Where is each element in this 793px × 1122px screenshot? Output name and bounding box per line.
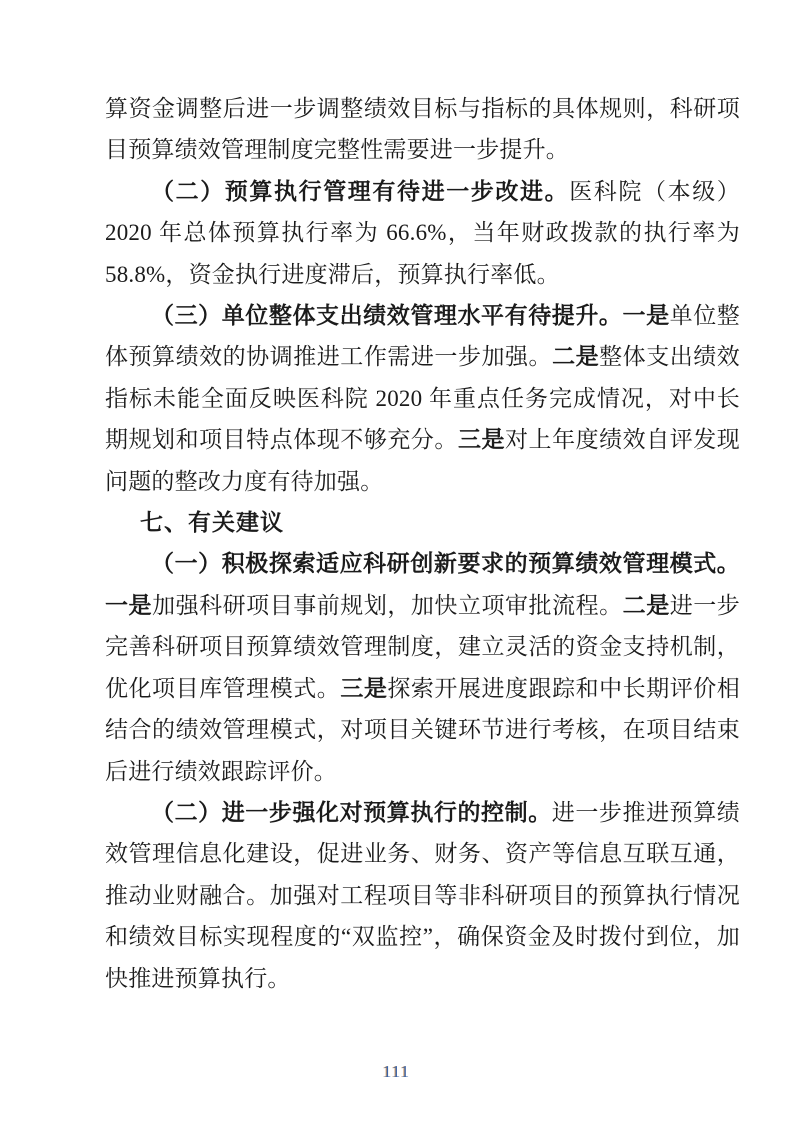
recommendations-heading: 七、有关建议	[105, 502, 740, 543]
bold-text-run: 三是	[458, 427, 505, 452]
bold-text-run: 一是	[105, 593, 152, 618]
bold-text-run: 二是	[623, 593, 670, 618]
bold-text-run: （二）进一步强化对预算执行的控制。	[151, 800, 552, 825]
text-run: 进一步推进预算绩效管理信息化建设，促进业务、财务、资产等信息互联互通，推动业财融…	[105, 800, 740, 991]
bold-text-run: （一）积极探索适应科研创新要求的预算绩效管理模式。	[151, 551, 740, 576]
recommendation-2-paragraph: （二）进一步强化对预算执行的控制。进一步推进预算绩效管理信息化建设，促进业务、财…	[105, 792, 740, 999]
bold-text-run: 一是	[623, 303, 670, 328]
recommendation-1-paragraph: （一）积极探索适应科研创新要求的预算绩效管理模式。一是加强科研项目事前规划，加快…	[105, 543, 740, 791]
document-page: 算资金调整后进一步调整绩效目标与指标的具体规则，科研项目预算绩效管理制度完整性需…	[0, 0, 793, 1122]
finding-2-paragraph: （二）预算执行管理有待进一步改进。医科院（本级）2020 年总体预算执行率为 6…	[105, 171, 740, 295]
bold-text-run: （三）单位整体支出绩效管理水平有待提升。	[151, 303, 623, 328]
bold-text-run: （二）预算执行管理有待进一步改进。	[151, 179, 569, 204]
page-footer: 111	[0, 1062, 793, 1082]
page-number: 111	[383, 1062, 410, 1081]
bold-text-run: 三是	[340, 676, 387, 701]
finding-3-paragraph: （三）单位整体支出绩效管理水平有待提升。一是单位整体预算绩效的协调推进工作需进一…	[105, 295, 740, 502]
text-run: 算资金调整后进一步调整绩效目标与指标的具体规则，科研项目预算绩效管理制度完整性需…	[105, 96, 740, 162]
document-body: 算资金调整后进一步调整绩效目标与指标的具体规则，科研项目预算绩效管理制度完整性需…	[105, 88, 740, 999]
bold-text-run: 七、有关建议	[140, 509, 284, 535]
bold-text-run: 二是	[552, 344, 599, 369]
text-run: 加强科研项目事前规划，加快立项审批流程。	[152, 593, 623, 618]
carryover-paragraph: 算资金调整后进一步调整绩效目标与指标的具体规则，科研项目预算绩效管理制度完整性需…	[105, 88, 740, 171]
